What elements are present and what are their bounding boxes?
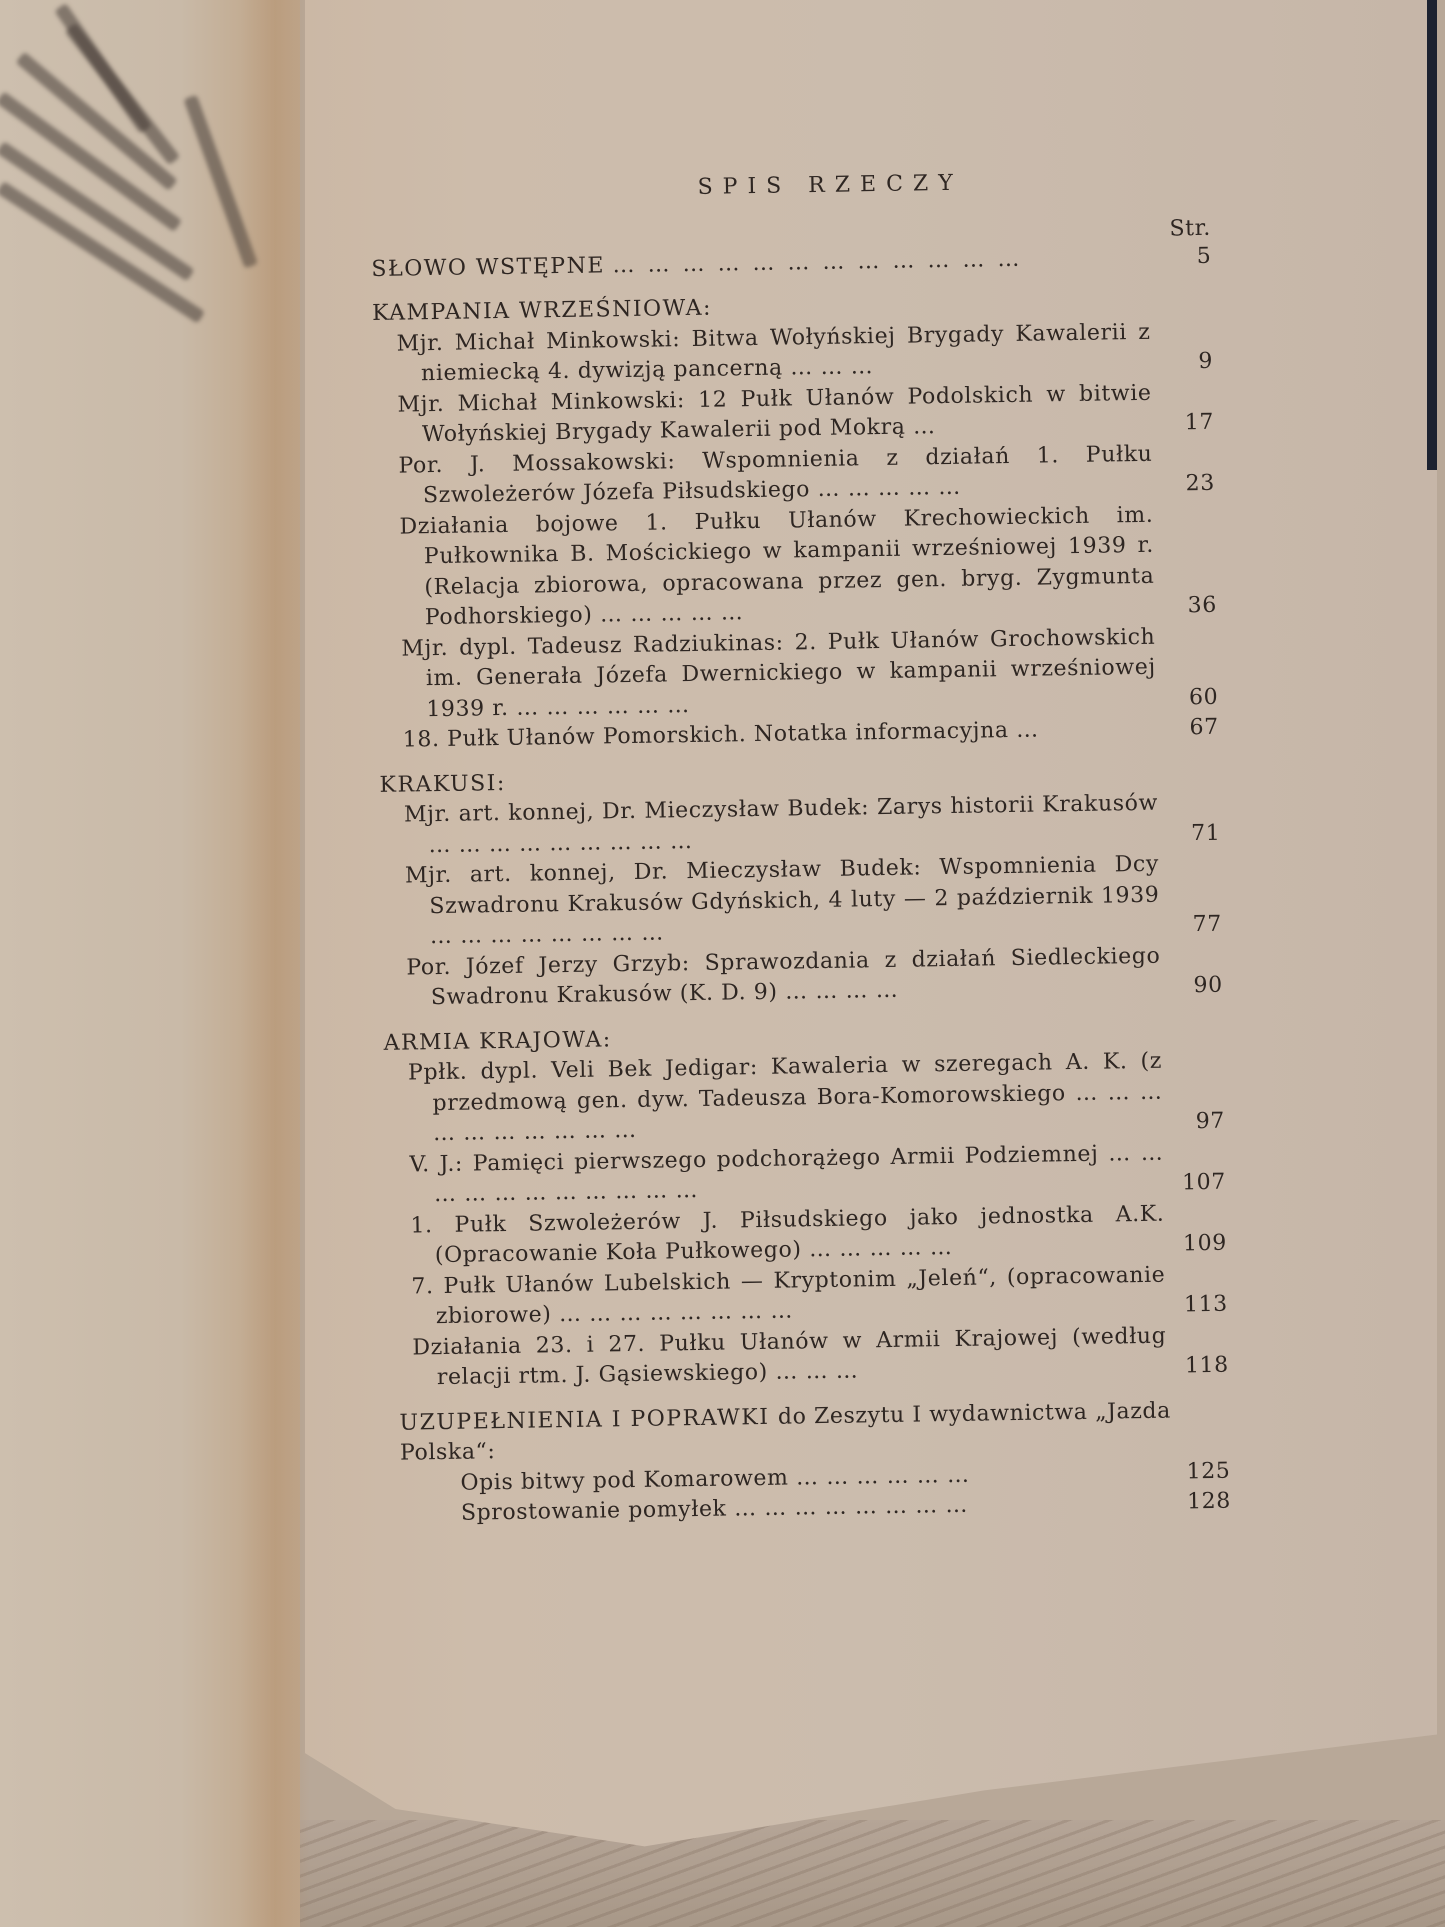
page-number: 5	[1149, 241, 1211, 272]
toc-entry: Ppłk. dypl. Veli Bek Jedigar: Kawaleria …	[384, 1046, 1225, 1151]
page-number: 125	[1168, 1456, 1230, 1487]
page-number: 17	[1152, 408, 1214, 439]
table-of-contents: SPIS RZECZY Str. SŁOWO WSTĘPNE … … … … ……	[370, 165, 1231, 1531]
leader-dots: … … … … … … … … … … … …	[612, 246, 1022, 277]
toc-section-krakusi: KRAKUSI: Mjr. art. konnej, Dr. Mieczysła…	[379, 757, 1223, 1014]
toc-entry: Mjr. dypl. Tadeusz Radziukinas: 2. Pułk …	[377, 621, 1218, 726]
toc-entry: Działania bojowe 1. Pułku Ułanów Krechow…	[375, 499, 1217, 634]
entry-title: Mjr. dypl. Tadeusz Radziukinas: 2. Pułk …	[401, 622, 1156, 725]
page-number: 97	[1163, 1107, 1225, 1138]
toc-section-armia-krajowa: ARMIA KRAJOWA: Ppłk. dypl. Veli Bek Jedi…	[383, 1015, 1229, 1394]
foreword-label: SŁOWO WSTĘPNE	[371, 253, 605, 282]
page-number: 60	[1156, 682, 1218, 713]
page-number: 36	[1155, 591, 1217, 622]
entry-title: Działania 23. i 27. Pułku Ułanów w Armii…	[412, 1321, 1167, 1394]
page-number: 109	[1165, 1229, 1227, 1260]
left-page-blurred-text	[0, 0, 260, 410]
entry-title: Por. Józef Jerzy Grzyb: Sprawozdania z d…	[406, 941, 1161, 1014]
book-gutter-shadow	[240, 0, 310, 1927]
page-number: 128	[1169, 1487, 1231, 1518]
page-number: 113	[1166, 1290, 1228, 1321]
section-heading: UZUPEŁNIENIA I POPRAWKI	[399, 1404, 769, 1435]
entry-title: Mjr. art. konnej, Dr. Mieczysław Budek: …	[405, 850, 1160, 953]
toc-entry: Por. Józef Jerzy Grzyb: Sprawozdania z d…	[382, 940, 1223, 1014]
page-number: 107	[1164, 1168, 1226, 1199]
page-number: 67	[1157, 713, 1219, 744]
page-number: 77	[1160, 910, 1222, 941]
page-number: 23	[1153, 469, 1215, 500]
toc-section-kampania: KAMPANIA WRZEŚNIOWA: Mjr. Michał Minkows…	[372, 286, 1219, 757]
toc-entry: Mjr. art. konnej, Dr. Mieczysław Budek: …	[381, 849, 1222, 954]
entry-title: Ppłk. dypl. Veli Bek Jedigar: Kawaleria …	[408, 1047, 1163, 1150]
toc-entry: Działania 23. i 27. Pułku Ułanów w Armii…	[388, 1320, 1229, 1394]
page-number: 9	[1151, 347, 1213, 378]
toc-section-uzupelnienia: UZUPEŁNIENIA I POPRAWKI do Zeszytu I wyd…	[399, 1395, 1231, 1530]
photo-scene: SPIS RZECZY Str. SŁOWO WSTĘPNE … … … … ……	[0, 0, 1445, 1927]
page-number: 118	[1167, 1351, 1229, 1382]
page-number: 71	[1158, 818, 1220, 849]
entry-title: Działania bojowe 1. Pułku Ułanów Krechow…	[399, 500, 1155, 634]
background-edge	[1427, 0, 1437, 470]
page-number: 90	[1161, 971, 1223, 1002]
